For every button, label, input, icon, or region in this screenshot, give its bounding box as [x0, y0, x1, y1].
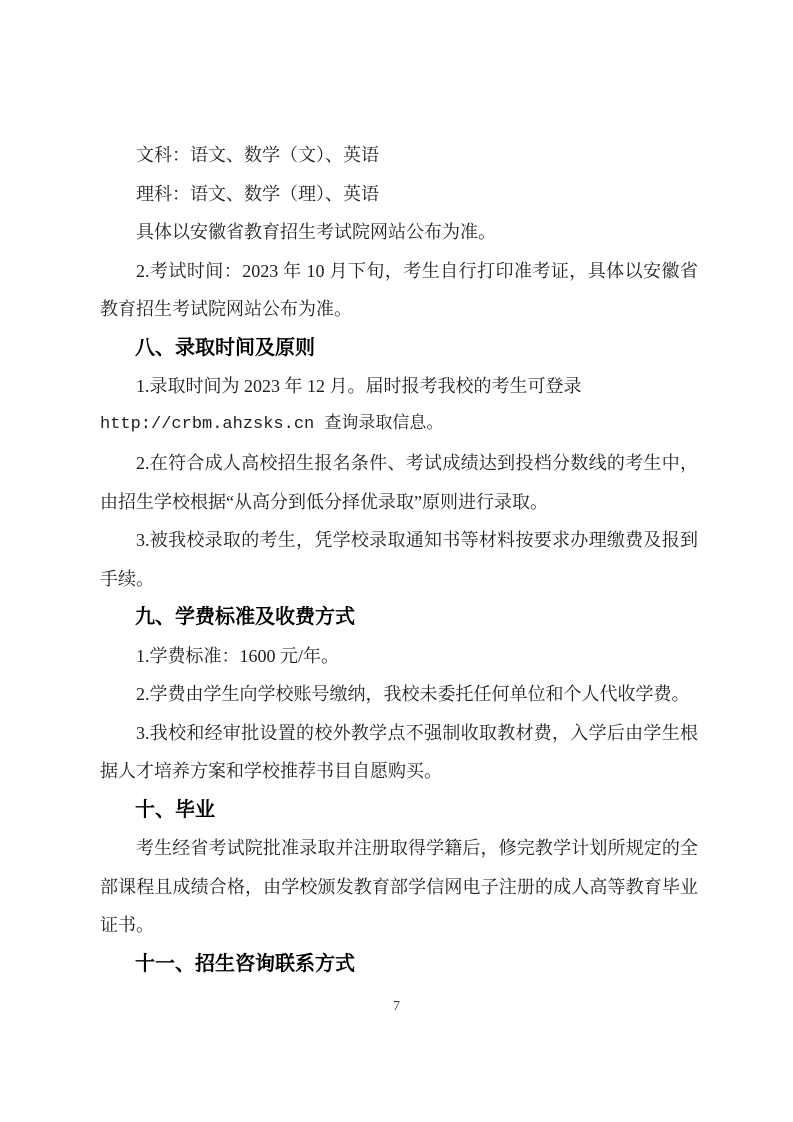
paragraph-subjects-liberal-arts: 文科：语文、数学（文）、英语 — [100, 136, 698, 175]
paragraph-admission-time: 1.录取时间为 2023 年 12 月。届时报考我校的考生可登录 — [100, 367, 698, 406]
section-heading-11-contact: 十一、招生咨询联系方式 — [100, 945, 698, 984]
paragraph-subjects-science: 理科：语文、数学（理）、英语 — [100, 175, 698, 214]
paragraph-tuition-payment: 2.学费由学生向学校账号缴纳，我校未委托任何单位和个人代收学费。 — [100, 675, 698, 714]
paragraph-textbook-fee: 3.我校和经审批设置的校外教学点不强制收取教材费，入学后由学生根据人才培养方案和… — [100, 714, 698, 791]
section-heading-10-graduation: 十、毕业 — [100, 791, 698, 830]
document-page: 文科：语文、数学（文）、英语 理科：语文、数学（理）、英语 具体以安徽省教育招生… — [0, 0, 793, 1122]
paragraph-admission-url: http://crbm.ahzsks.cn 查询录取信息。 — [100, 406, 698, 445]
paragraph-exam-time: 2.考试时间：2023 年 10 月下旬，考生自行打印准考证，具体以安徽省教育招… — [100, 252, 698, 329]
section-heading-8-admission: 八、录取时间及原则 — [100, 329, 698, 368]
paragraph-graduation: 考生经省考试院批准录取并注册取得学籍后，修完教学计划所规定的全部课程且成绩合格，… — [100, 829, 698, 945]
paragraph-admission-rule: 2.在符合成人高校招生报名条件、考试成绩达到投档分数线的考生中，由招生学校根据“… — [100, 444, 698, 521]
section-heading-9-tuition: 九、学费标准及收费方式 — [100, 598, 698, 637]
page-number: 7 — [0, 998, 793, 1016]
document-content: 文科：语文、数学（文）、英语 理科：语文、数学（理）、英语 具体以安徽省教育招生… — [100, 136, 698, 983]
paragraph-subjects-note: 具体以安徽省教育招生考试院网站公布为准。 — [100, 213, 698, 252]
paragraph-tuition-standard: 1.学费标准：1600 元/年。 — [100, 637, 698, 676]
paragraph-admission-procedure: 3.被我校录取的考生，凭学校录取通知书等材料按要求办理缴费及报到手续。 — [100, 521, 698, 598]
